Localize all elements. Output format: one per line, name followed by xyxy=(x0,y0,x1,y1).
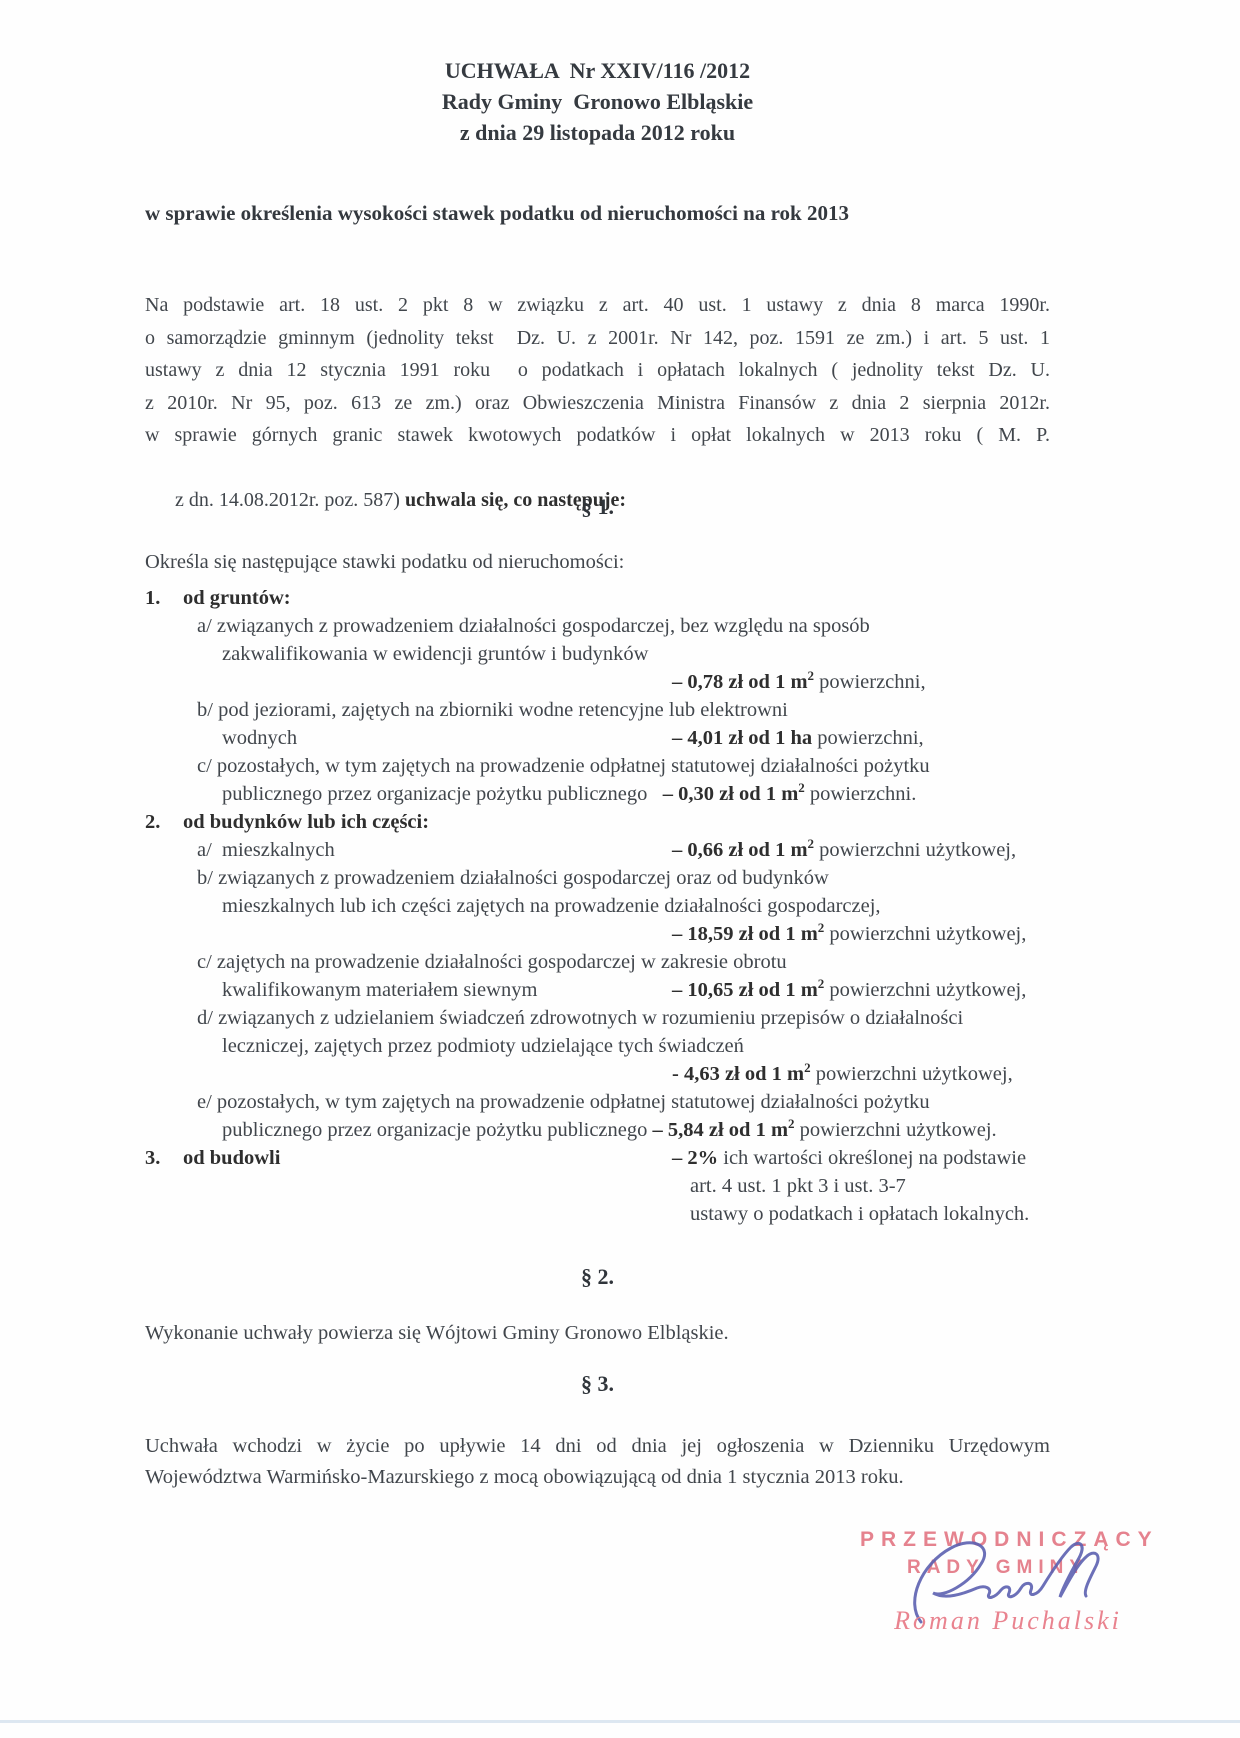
list-line: e/ pozostałych, w tym zajętych na prowad… xyxy=(145,1088,1165,1116)
scan-edge-line xyxy=(0,1720,1240,1723)
rate-line: – 18,59 zł od 1 m2 powierzchni użytkowej… xyxy=(145,920,1165,948)
list-item-buildings-heading: 2.od budynków lub ich części: xyxy=(145,808,1165,836)
list-line: a/ związanych z prowadzeniem działalnośc… xyxy=(145,612,1165,640)
list-line: b/ związanych z prowadzeniem działalnośc… xyxy=(145,864,1165,892)
list-item-grounds-heading: 1.od gruntów: xyxy=(145,584,1165,612)
rate-line: kwalifikowanym materiałem siewnym– 10,65… xyxy=(145,976,1165,1004)
list-item-structures-heading: 3.od budowli– 2% ich wartości określonej… xyxy=(145,1144,1165,1172)
document-page: UCHWAŁA Nr XXIV/116 /2012 Rady Gminy Gro… xyxy=(0,0,1240,1738)
preamble-line: Na podstawie art. 18 ust. 2 pkt 8 w zwią… xyxy=(145,289,1050,322)
closing-line: Województwa Warmińsko-Mazurskiego z mocą… xyxy=(145,1462,1050,1493)
rate-line: publicznego przez organizacje pożytku pu… xyxy=(145,1116,1165,1144)
document-subject: w sprawie określenia wysokości stawek po… xyxy=(145,201,1050,226)
list-line: art. 4 ust. 1 pkt 3 i ust. 3-7 xyxy=(145,1172,1165,1200)
section-3-heading: § 3. xyxy=(145,1371,1050,1397)
list-line: leczniczej, zajętych przez podmioty udzi… xyxy=(145,1032,1165,1060)
rate-line: - 4,63 zł od 1 m2 powierzchni użytkowej, xyxy=(145,1060,1165,1088)
chairman-name: Roman Puchalski xyxy=(884,1606,1132,1636)
resolution-number: UCHWAŁA Nr XXIV/116 /2012 xyxy=(145,55,1050,86)
list-line: c/ zajętych na prowadzenie działalności … xyxy=(145,948,1165,976)
rate-line: a/ mieszkalnych– 0,66 zł od 1 m2 powierz… xyxy=(145,836,1165,864)
list-line: c/ pozostałych, w tym zajętych na prowad… xyxy=(145,752,1165,780)
tax-rates-list: 1.od gruntów: a/ związanych z prowadzeni… xyxy=(145,584,1165,1228)
list-line: d/ związanych z udzielaniem świadczeń zd… xyxy=(145,1004,1165,1032)
preamble-line: w sprawie górnych granic stawek kwotowyc… xyxy=(145,419,1050,452)
preamble-line: ustawy z dnia 12 stycznia 1991 roku o po… xyxy=(145,354,1050,387)
resolution-date: z dnia 29 listopada 2012 roku xyxy=(145,117,1050,148)
rate-line: – 0,78 zł od 1 m2 powierzchni, xyxy=(145,668,1165,696)
preamble-line: z 2010r. Nr 95, poz. 613 ze zm.) oraz Ob… xyxy=(145,387,1050,420)
closing-line: Uchwała wchodzi w życie po upływie 14 dn… xyxy=(145,1431,1050,1462)
rate-line: wodnych– 4,01 zł od 1 ha powierzchni, xyxy=(145,724,1165,752)
list-line: ustawy o podatkach i opłatach lokalnych. xyxy=(145,1200,1165,1228)
section-1-intro: Określa się następujące stawki podatku o… xyxy=(145,551,1050,574)
section-2-text: Wykonanie uchwały powierza się Wójtowi G… xyxy=(145,1322,1050,1345)
section-2-heading: § 2. xyxy=(145,1264,1050,1290)
document-header: UCHWAŁA Nr XXIV/116 /2012 Rady Gminy Gro… xyxy=(145,55,1050,148)
section-3-text: Uchwała wchodzi w życie po upływie 14 dn… xyxy=(145,1431,1050,1493)
issuing-body: Rady Gminy Gronowo Elbląskie xyxy=(145,86,1050,117)
preamble-line: o samorządzie gminnym (jednolity tekst D… xyxy=(145,322,1050,355)
list-line: zakwalifikowania w ewidencji gruntów i b… xyxy=(145,640,1165,668)
rate-line: publicznego przez organizacje pożytku pu… xyxy=(145,780,1165,808)
list-line: b/ pod jeziorami, zajętych na zbiorniki … xyxy=(145,696,1165,724)
list-line: mieszkalnych lub ich części zajętych na … xyxy=(145,892,1165,920)
section-1-heading: § 1. xyxy=(145,494,1050,520)
